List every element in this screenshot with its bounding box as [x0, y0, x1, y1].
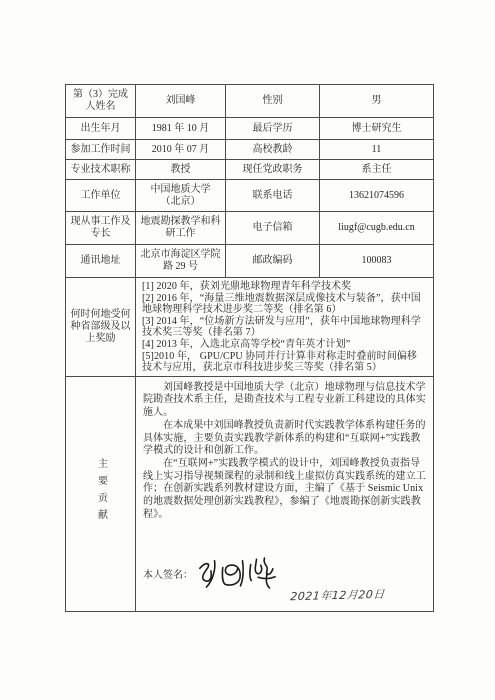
- field-label-party-position: 现任党政职务: [226, 160, 320, 180]
- field-label-completer-name: 第（3）完成人姓名: [66, 85, 136, 118]
- field-value-completer-name: 刘国峰: [136, 85, 226, 118]
- award-item: [2] 2016 年，“海量三维地震数据深层成像技术与装备”，获中国地球物理科学…: [142, 293, 427, 316]
- contribution-content: 刘国峰教授是中国地质大学（北京）地球物理与信息技术学院勘查技术系主任，是勘查技术…: [136, 377, 433, 611]
- field-value-phone: 13621074596: [320, 180, 434, 212]
- table-row: 何时何地受何种省部级及以上奖励 [1] 2020 年，获刘光鼎地球物理青年科学技…: [66, 278, 434, 377]
- signature-date-row: 2021年12月20日: [143, 590, 426, 608]
- field-value-current-work: 地震勘探教学和科 研工作: [136, 212, 226, 245]
- field-value-education: 博士研究生: [320, 118, 434, 140]
- field-label-birth-date: 出生年月: [66, 118, 136, 140]
- field-value-work-start: 2010 年 07 月: [136, 140, 226, 160]
- signature-label: 本人签名：: [143, 570, 193, 590]
- document-page: 第（3）完成人姓名 刘国峰 性别 男 出生年月 1981 年 10 月 最后学历…: [0, 0, 495, 700]
- field-label-professional-title: 专业技术职称: [66, 160, 136, 180]
- award-item: [3] 2014 年，“位场新方法研发与应用”，获年中国地球物理科学技术奖三等奖…: [142, 316, 427, 339]
- table-row: 第（3）完成人姓名 刘国峰 性别 男: [66, 85, 434, 118]
- award-item: [5]2010 年， GPU/CPU 协同并行计算非对称走时叠前时间偏移技术与应…: [142, 351, 427, 374]
- field-label-address: 通讯地址: [66, 245, 136, 278]
- award-item: [4] 2013 年，入选北京高等学校“青年英才计划”: [142, 339, 427, 351]
- field-label-teaching-years: 高校教龄: [226, 140, 320, 160]
- contribution-paragraph: 在本成果中刘国峰教授负责新时代实践教学体系构建任务的具体实施，主要负责实践教学新…: [143, 420, 426, 458]
- field-value-teaching-years: 11: [320, 140, 434, 160]
- field-value-gender: 男: [320, 85, 434, 118]
- awards-cell: [1] 2020 年，获刘光鼎地球物理青年科学技术奖 [2] 2016 年，“海…: [136, 278, 434, 377]
- field-label-email: 电子信箱: [226, 212, 320, 245]
- completer-info-table: 第（3）完成人姓名 刘国峰 性别 男 出生年月 1981 年 10 月 最后学历…: [65, 84, 434, 612]
- field-label-awards: 何时何地受何种省部级及以上奖励: [66, 278, 136, 377]
- table-row: 出生年月 1981 年 10 月 最后学历 博士研究生: [66, 118, 434, 140]
- table-row: 现从事工作及专长 地震勘探教学和科 研工作 电子信箱 liugf@cugb.ed…: [66, 212, 434, 245]
- field-label-work-unit: 工作单位: [66, 180, 136, 212]
- handwritten-signature: [194, 552, 281, 595]
- field-label-education: 最后学历: [226, 118, 320, 140]
- field-value-professional-title: 教授: [136, 160, 226, 180]
- field-label-postal-code: 邮政编码: [226, 245, 320, 278]
- field-value-work-unit: 中国地质大学 （北京）: [136, 180, 226, 212]
- field-value-birth-date: 1981 年 10 月: [136, 118, 226, 140]
- contribution-paragraph: 刘国峰教授是中国地质大学（北京）地球物理与信息技术学院勘查技术系主任，是勘查技术…: [143, 382, 426, 420]
- field-value-email: liugf@cugb.edu.cn: [320, 212, 434, 245]
- handwritten-date: 2021年12月20日: [289, 588, 385, 609]
- field-label-current-work: 现从事工作及专长: [66, 212, 136, 245]
- field-label-gender: 性别: [226, 85, 320, 118]
- field-value-party-position: 系主任: [320, 160, 434, 180]
- field-label-phone: 联系电话: [226, 180, 320, 212]
- contribution-cell: 刘国峰教授是中国地质大学（北京）地球物理与信息技术学院勘查技术系主任，是勘查技术…: [136, 376, 434, 611]
- table-row: 参加工作时间 2010 年 07 月 高校教龄 11: [66, 140, 434, 160]
- field-label-main-contribution: 主要贡献: [66, 376, 136, 611]
- signature-row: 本人签名：: [143, 550, 426, 590]
- table-row: 专业技术职称 教授 现任党政职务 系主任: [66, 160, 434, 180]
- field-value-address: 北京市海淀区学院 路 29 号: [136, 245, 226, 278]
- table-row: 通讯地址 北京市海淀区学院 路 29 号 邮政编码 100083: [66, 245, 434, 278]
- field-label-work-start: 参加工作时间: [66, 140, 136, 160]
- table-row: 工作单位 中国地质大学 （北京） 联系电话 13621074596: [66, 180, 434, 212]
- field-value-postal-code: 100083: [320, 245, 434, 278]
- table-row: 主要贡献 刘国峰教授是中国地质大学（北京）地球物理与信息技术学院勘查技术系主任，…: [66, 376, 434, 611]
- main-contribution-label: 主要贡献: [95, 458, 107, 526]
- contribution-paragraph: 在“互联网+”实践教学模式的设计中，刘国峰教授负责指导线上实习指导视频课程的录制…: [143, 458, 426, 522]
- award-item: [1] 2020 年，获刘光鼎地球物理青年科学技术奖: [142, 281, 427, 293]
